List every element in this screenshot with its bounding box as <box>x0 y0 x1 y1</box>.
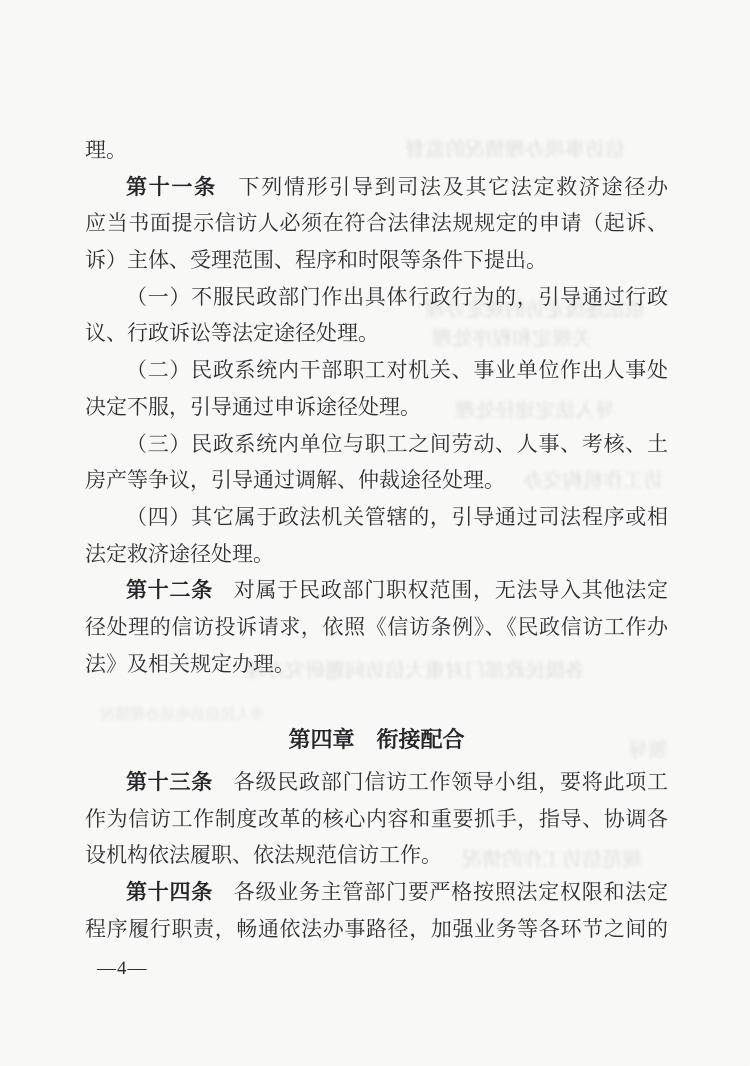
text-line: 程序履行职责，畅通依法办事路径，加强业务等各环节之间的衔 <box>85 911 668 948</box>
text-line: 法》及相关规定办理。 <box>85 646 668 683</box>
text-line: 径处理的信访投诉请求，依照《信访条例》、《民政信访工作办 <box>85 609 668 646</box>
text-line: 应当书面提示信访人必须在符合法律法规规定的申请（起诉、申 <box>85 205 668 242</box>
article-number: 第十四条 <box>126 880 213 904</box>
article-12-line: 第十二条对属于民政部门职权范围，无法导入其他法定途 <box>85 572 668 609</box>
document-page: 信访事项办理情况的监督 依法逐级走访的规定办理 关规定和程序处理 导入法定途径处… <box>0 0 750 1066</box>
text-line: 议、行政诉讼等法定途径处理。 <box>85 315 668 352</box>
text-line: 理。 <box>85 132 668 169</box>
text-line: 诉）主体、受理范围、程序和时限等条件下提出。 <box>85 242 668 279</box>
text-line: （三）民政系统内单位与职工之间劳动、人事、考核、土地、 <box>85 426 668 463</box>
article-11-line: 第十一条下列情形引导到司法及其它法定救济途径办理， <box>85 169 668 206</box>
text-line: 决定不服，引导通过申诉途径处理。 <box>85 389 668 426</box>
text-line: 法定救济途径处理。 <box>85 536 668 573</box>
text-line: 房产等争议，引导通过调解、仲裁途径处理。 <box>85 462 668 499</box>
article-14-line: 第十四条各级业务主管部门要严格按照法定权限和法定 <box>85 874 668 911</box>
article-number: 第十二条 <box>126 578 213 602</box>
article-number: 第十三条 <box>126 770 213 794</box>
text-line: （一）不服民政部门作出具体行政行为的，引导通过行政复 <box>85 279 668 316</box>
chapter-heading: 第四章 衔接配合 <box>85 722 668 759</box>
text-line: 各级业务主管部门要严格按照法定权限和法定 <box>233 880 668 904</box>
page-number: —4— <box>97 958 148 980</box>
text-line: 作为信访工作制度改革的核心内容和重要抓手，指导、协调各内 <box>85 801 668 838</box>
text-line: 设机构依法履职、依法规范信访工作。 <box>85 837 668 874</box>
text-line: （二）民政系统内干部职工对机关、事业单位作出人事处理 <box>85 352 668 389</box>
article-number: 第十一条 <box>126 175 217 199</box>
document-body: 理。 第十一条下列情形引导到司法及其它法定救济途径办理， 应当书面提示信访人必须… <box>85 132 668 947</box>
text-line: （四）其它属于政法机关管辖的，引导通过司法程序或相应 <box>85 499 668 536</box>
article-13-line: 第十三条各级民政部门信访工作领导小组，要将此项工作 <box>85 764 668 801</box>
